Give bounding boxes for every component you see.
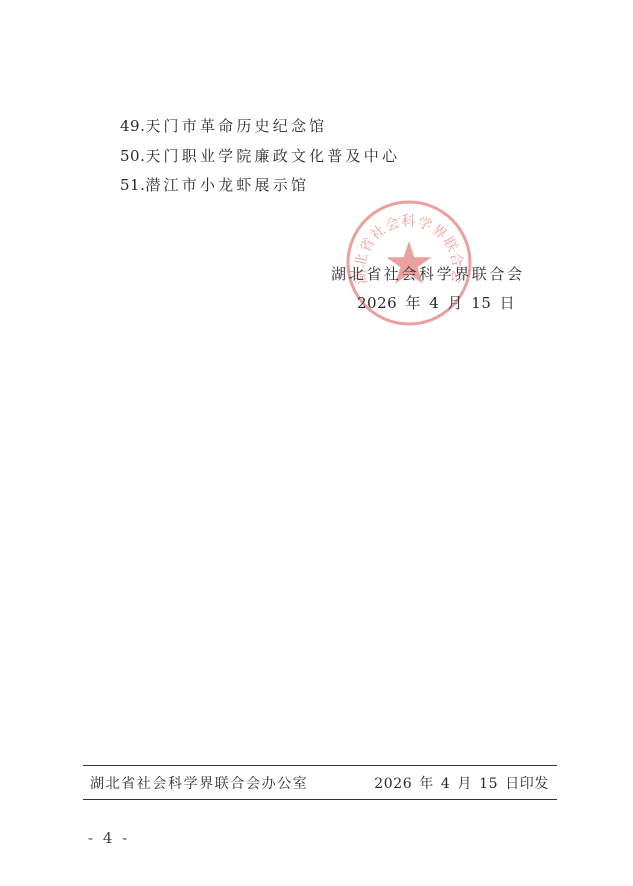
list-item-text: 天门市革命历史纪念馆	[145, 117, 327, 135]
list-item-number: 50.	[120, 147, 145, 165]
list-item: 50.天门职业学院廉政文化普及中心	[120, 146, 400, 166]
list-item-text: 天门职业学院廉政文化普及中心	[145, 147, 400, 165]
signature-organization: 湖北省社会科学界联合会	[331, 264, 525, 284]
footer-bottom-rule	[83, 799, 557, 800]
list-item-number: 51.	[120, 176, 145, 194]
page-number: - 4 -	[88, 829, 127, 847]
footer-issuer: 湖北省社会科学界联合会办公室	[90, 775, 308, 793]
footer-top-rule	[83, 765, 557, 766]
list-item: 49.天门市革命历史纪念馆	[120, 116, 327, 136]
list-item-number: 49.	[120, 117, 145, 135]
list-item-text: 潜江市小龙虾展示馆	[145, 176, 309, 194]
signature-date: 2026 年 4 月 15 日	[357, 293, 515, 313]
footer-issue-date: 2026 年 4 月 15 日印发	[374, 775, 549, 793]
list-item: 51.潜江市小龙虾展示馆	[120, 175, 309, 195]
